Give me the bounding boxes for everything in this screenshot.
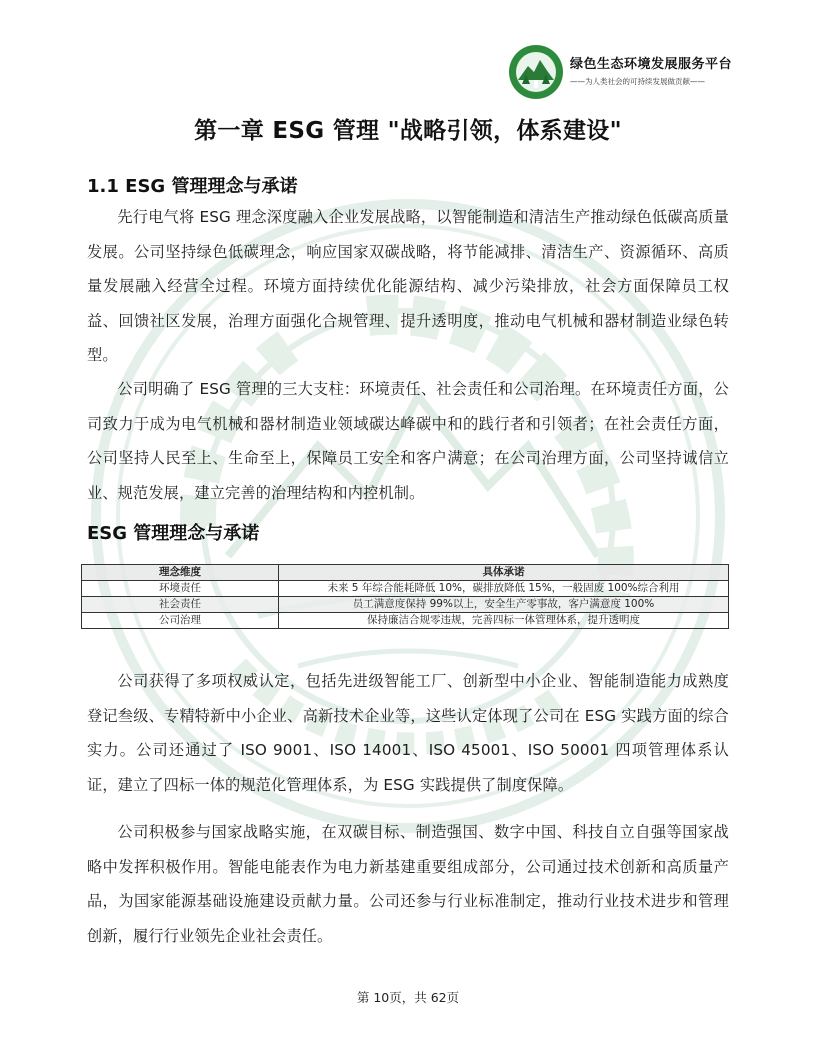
paragraph-certifications: 公司获得了多项权威认定，包括先进级智能工厂、创新型中小企业、智能制造能力成熟度登… (87, 664, 729, 802)
esg-commitment-table: 理念维度 具体承诺 环境责任 未来 5 年综合能耗降低 10%，碳排放降低 15… (81, 564, 729, 629)
cell-dimension: 环境责任 (82, 581, 279, 597)
header-brand: 绿色生态环境发展服务平台 ——为人类社会的可持续发展做贡献—— (508, 44, 732, 100)
section-heading-1-1: 1.1 ESG 管理理念与承诺 (87, 172, 297, 198)
table-row: 环境责任 未来 5 年综合能耗降低 10%，碳排放降低 15%，一般固废 100… (82, 581, 729, 597)
brand-title: 绿色生态环境发展服务平台 (570, 56, 732, 74)
cell-dimension: 社会责任 (82, 597, 279, 613)
table-row: 社会责任 员工满意度保持 99%以上，安全生产零事故，客户满意度 100% (82, 597, 729, 613)
cell-commitment: 保持廉洁合规零违规，完善四标一体管理体系，提升透明度 (279, 613, 729, 629)
page-number: 第 10页，共 62页 (0, 988, 816, 1006)
cell-commitment: 员工满意度保持 99%以上，安全生产零事故，客户满意度 100% (279, 597, 729, 613)
paragraph-esg-concept: 先行电气将 ESG 理念深度融入企业发展战略，以智能制造和清洁生产推动绿色低碳高… (87, 200, 729, 373)
table-section-heading: ESG 管理理念与承诺 (87, 519, 259, 545)
paragraph-three-pillars: 公司明确了 ESG 管理的三大支柱：环境责任、社会责任和公司治理。在环境责任方面… (87, 372, 729, 510)
brand-subtitle: ——为人类社会的可持续发展做贡献—— (570, 76, 732, 88)
cell-dimension: 公司治理 (82, 613, 279, 629)
column-header-dimension: 理念维度 (82, 565, 279, 581)
table-header-row: 理念维度 具体承诺 (82, 565, 729, 581)
green-ecology-seal-logo-icon (508, 44, 564, 100)
column-header-commitment: 具体承诺 (279, 565, 729, 581)
table-row: 公司治理 保持廉洁合规零违规，完善四标一体管理体系，提升透明度 (82, 613, 729, 629)
cell-commitment: 未来 5 年综合能耗降低 10%，碳排放降低 15%，一般固废 100%综合利用 (279, 581, 729, 597)
paragraph-national-strategy: 公司积极参与国家战略实施，在双碳目标、制造强国、数字中国、科技自立自强等国家战略… (87, 815, 729, 953)
chapter-title: 第一章 ESG 管理 "战略引领，体系建设" (87, 112, 729, 145)
